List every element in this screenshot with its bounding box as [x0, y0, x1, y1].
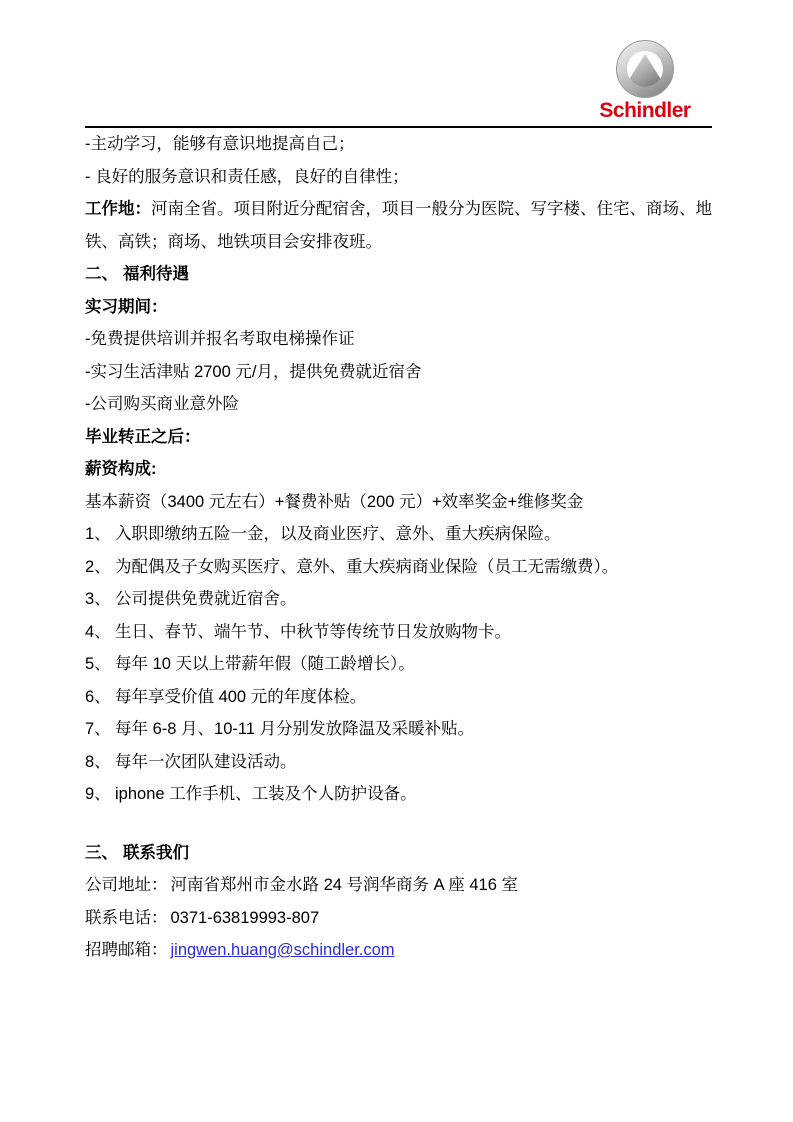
work-location-paragraph: 工作地：河南全省。项目附近分配宿舍，项目一般分为医院、写字楼、住宅、商场、地铁、… — [85, 193, 712, 258]
benefit-number: 6、 — [85, 681, 115, 714]
salary-formula: 基本薪资（3400 元左右）+餐费补贴（200 元）+效率奖金+维修奖金 — [85, 486, 712, 519]
phone-label: 联系电话： — [85, 909, 168, 927]
document-content: -主动学习，能够有意识地提高自己； - 良好的服务意识和责任感，良好的自律性； … — [85, 128, 712, 967]
document-page: Schindler -主动学习，能够有意识地提高自己； - 良好的服务意识和责任… — [0, 0, 793, 1122]
benefit-text: 每年 6-8 月、10-11 月分别发放降温及采暖补贴。 — [115, 720, 474, 738]
address-value: 河南省郑州市金水路 24 号润华商务 A 座 416 室 — [171, 876, 518, 894]
intro-line: - 良好的服务意识和责任感，良好的自律性； — [85, 161, 712, 194]
benefit-text: 为配偶及子女购买医疗、意外、重大疾病商业保险（员工无需缴费）。 — [115, 558, 618, 576]
section-number: 三、 — [85, 837, 123, 870]
benefit-item: 8、每年一次团队建设活动。 — [85, 746, 712, 779]
work-location-text: 河南全省。项目附近分配宿舍，项目一般分为医院、写字楼、住宅、商场、地铁、高铁；商… — [85, 200, 712, 251]
section-heading-benefits: 二、福利待遇 — [85, 258, 712, 291]
section-number: 二、 — [85, 258, 123, 291]
benefit-text: 每年享受价值 400 元的年度体检。 — [115, 688, 366, 706]
benefit-item: 7、每年 6-8 月、10-11 月分别发放降温及采暖补贴。 — [85, 713, 712, 746]
benefit-text: iphone 工作手机、工装及个人防护设备。 — [115, 785, 417, 803]
benefit-item: 2、为配偶及子女购买医疗、意外、重大疾病商业保险（员工无需缴费）。 — [85, 551, 712, 584]
intro-line: -主动学习，能够有意识地提高自己； — [85, 128, 712, 161]
email-label: 招聘邮箱： — [85, 941, 168, 959]
benefit-item: 3、公司提供免费就近宿舍。 — [85, 583, 712, 616]
benefit-text: 生日、春节、端午节、中秋节等传统节日发放购物卡。 — [115, 623, 511, 641]
email-line: 招聘邮箱：jingwen.huang@schindler.com — [85, 934, 712, 967]
benefit-number: 3、 — [85, 583, 115, 616]
benefit-item: 5、每年 10 天以上带薪年假（随工龄增长）。 — [85, 648, 712, 681]
benefit-number: 2、 — [85, 551, 115, 584]
benefit-item: 9、iphone 工作手机、工装及个人防护设备。 — [85, 778, 712, 811]
schindler-logo: Schindler — [592, 39, 698, 122]
benefit-number: 9、 — [85, 778, 115, 811]
section-title: 福利待遇 — [123, 265, 189, 283]
address-line: 公司地址：河南省郑州市金水路 24 号润华商务 A 座 416 室 — [85, 869, 712, 902]
benefit-number: 7、 — [85, 713, 115, 746]
after-graduation-heading: 毕业转正之后： — [85, 421, 712, 454]
benefit-number: 1、 — [85, 518, 115, 551]
internship-item: -免费提供培训并报名考取电梯操作证 — [85, 323, 712, 356]
schindler-mountain-icon — [592, 39, 698, 99]
benefit-text: 每年一次团队建设活动。 — [115, 753, 297, 771]
internship-item: -实习生活津贴 2700 元/月，提供免费就近宿舍 — [85, 356, 712, 389]
section-title: 联系我们 — [123, 844, 189, 862]
benefit-number: 4、 — [85, 616, 115, 649]
work-location-label: 工作地： — [85, 200, 151, 218]
address-label: 公司地址： — [85, 876, 168, 894]
section-heading-contact: 三、联系我们 — [85, 837, 712, 870]
benefit-item: 4、生日、春节、端午节、中秋节等传统节日发放购物卡。 — [85, 616, 712, 649]
salary-heading: 薪资构成: — [85, 453, 712, 486]
internship-heading: 实习期间： — [85, 291, 712, 324]
benefit-text: 入职即缴纳五险一金，以及商业医疗、意外、重大疾病保险。 — [115, 525, 561, 543]
benefit-text: 每年 10 天以上带薪年假（随工龄增长）。 — [115, 655, 415, 673]
benefit-item: 1、入职即缴纳五险一金，以及商业医疗、意外、重大疾病保险。 — [85, 518, 712, 551]
benefit-number: 5、 — [85, 648, 115, 681]
benefit-text: 公司提供免费就近宿舍。 — [115, 590, 297, 608]
brand-wordmark: Schindler — [592, 100, 698, 122]
email-link[interactable]: jingwen.huang@schindler.com — [171, 941, 395, 959]
benefit-item: 6、每年享受价值 400 元的年度体检。 — [85, 681, 712, 714]
phone-value: 0371-63819993-807 — [171, 909, 320, 927]
phone-line: 联系电话：0371-63819993-807 — [85, 902, 712, 935]
benefit-number: 8、 — [85, 746, 115, 779]
internship-item: -公司购买商业意外险 — [85, 388, 712, 421]
